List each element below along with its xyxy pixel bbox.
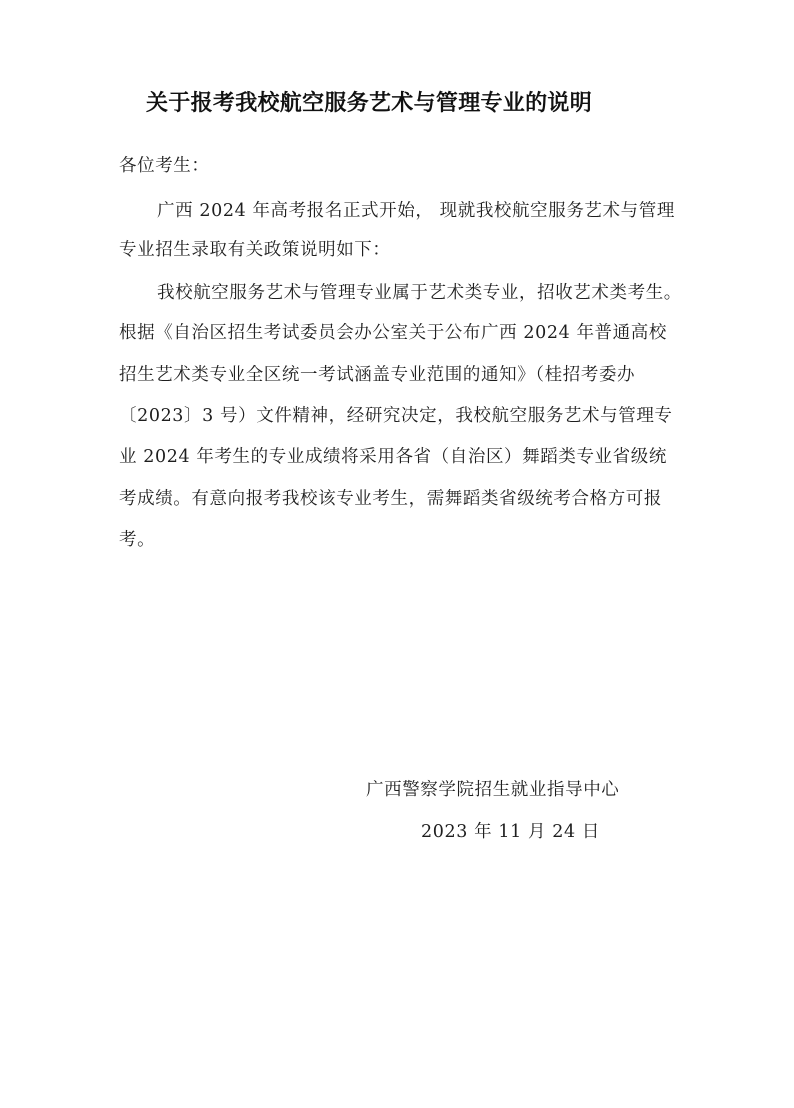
signature-organization: 广西警察学院招生就业指导中心 [366, 777, 619, 803]
paragraph-2-line-7: 考。 [119, 527, 155, 553]
document-title: 关于报考我校航空服务艺术与管理专业的说明 [146, 86, 666, 122]
paragraph-2-line-3: 招生艺术类专业全区统一考试涵盖专业范围的通知》（桂招考委办 [119, 362, 635, 388]
paragraph-2-line-2: 根据《自治区招生考试委员会办公室关于公布广西 2024 年普通高校 [119, 320, 667, 346]
paragraph-1-line-2: 专业招生录取有关政策说明如下： [119, 237, 391, 263]
document-page: 关于报考我校航空服务艺术与管理专业的说明 各位考生： 广西 2024 年高考报名… [0, 0, 794, 1108]
paragraph-2-line-4: 〔2023〕3 号）文件精神，经研究决定，我校航空服务艺术与管理专 [119, 403, 673, 429]
paragraph-2-line-6: 考成绩。有意向报考我校该专业考生，需舞蹈类省级统考合格方可报 [119, 486, 662, 512]
paragraph-2-line-1: 我校航空服务艺术与管理专业属于艺术类专业，招收艺术类考生。 [157, 280, 682, 306]
paragraph-1-line-1: 广西 2024 年高考报名正式开始， 现就我校航空服务艺术与管理 [157, 198, 675, 224]
paragraph-2-line-5: 业 2024 年考生的专业成绩将采用各省（自治区）舞蹈类专业省级统 [119, 444, 667, 470]
signature-date: 2023 年 11 月 24 日 [421, 819, 600, 845]
salutation: 各位考生： [119, 153, 210, 179]
